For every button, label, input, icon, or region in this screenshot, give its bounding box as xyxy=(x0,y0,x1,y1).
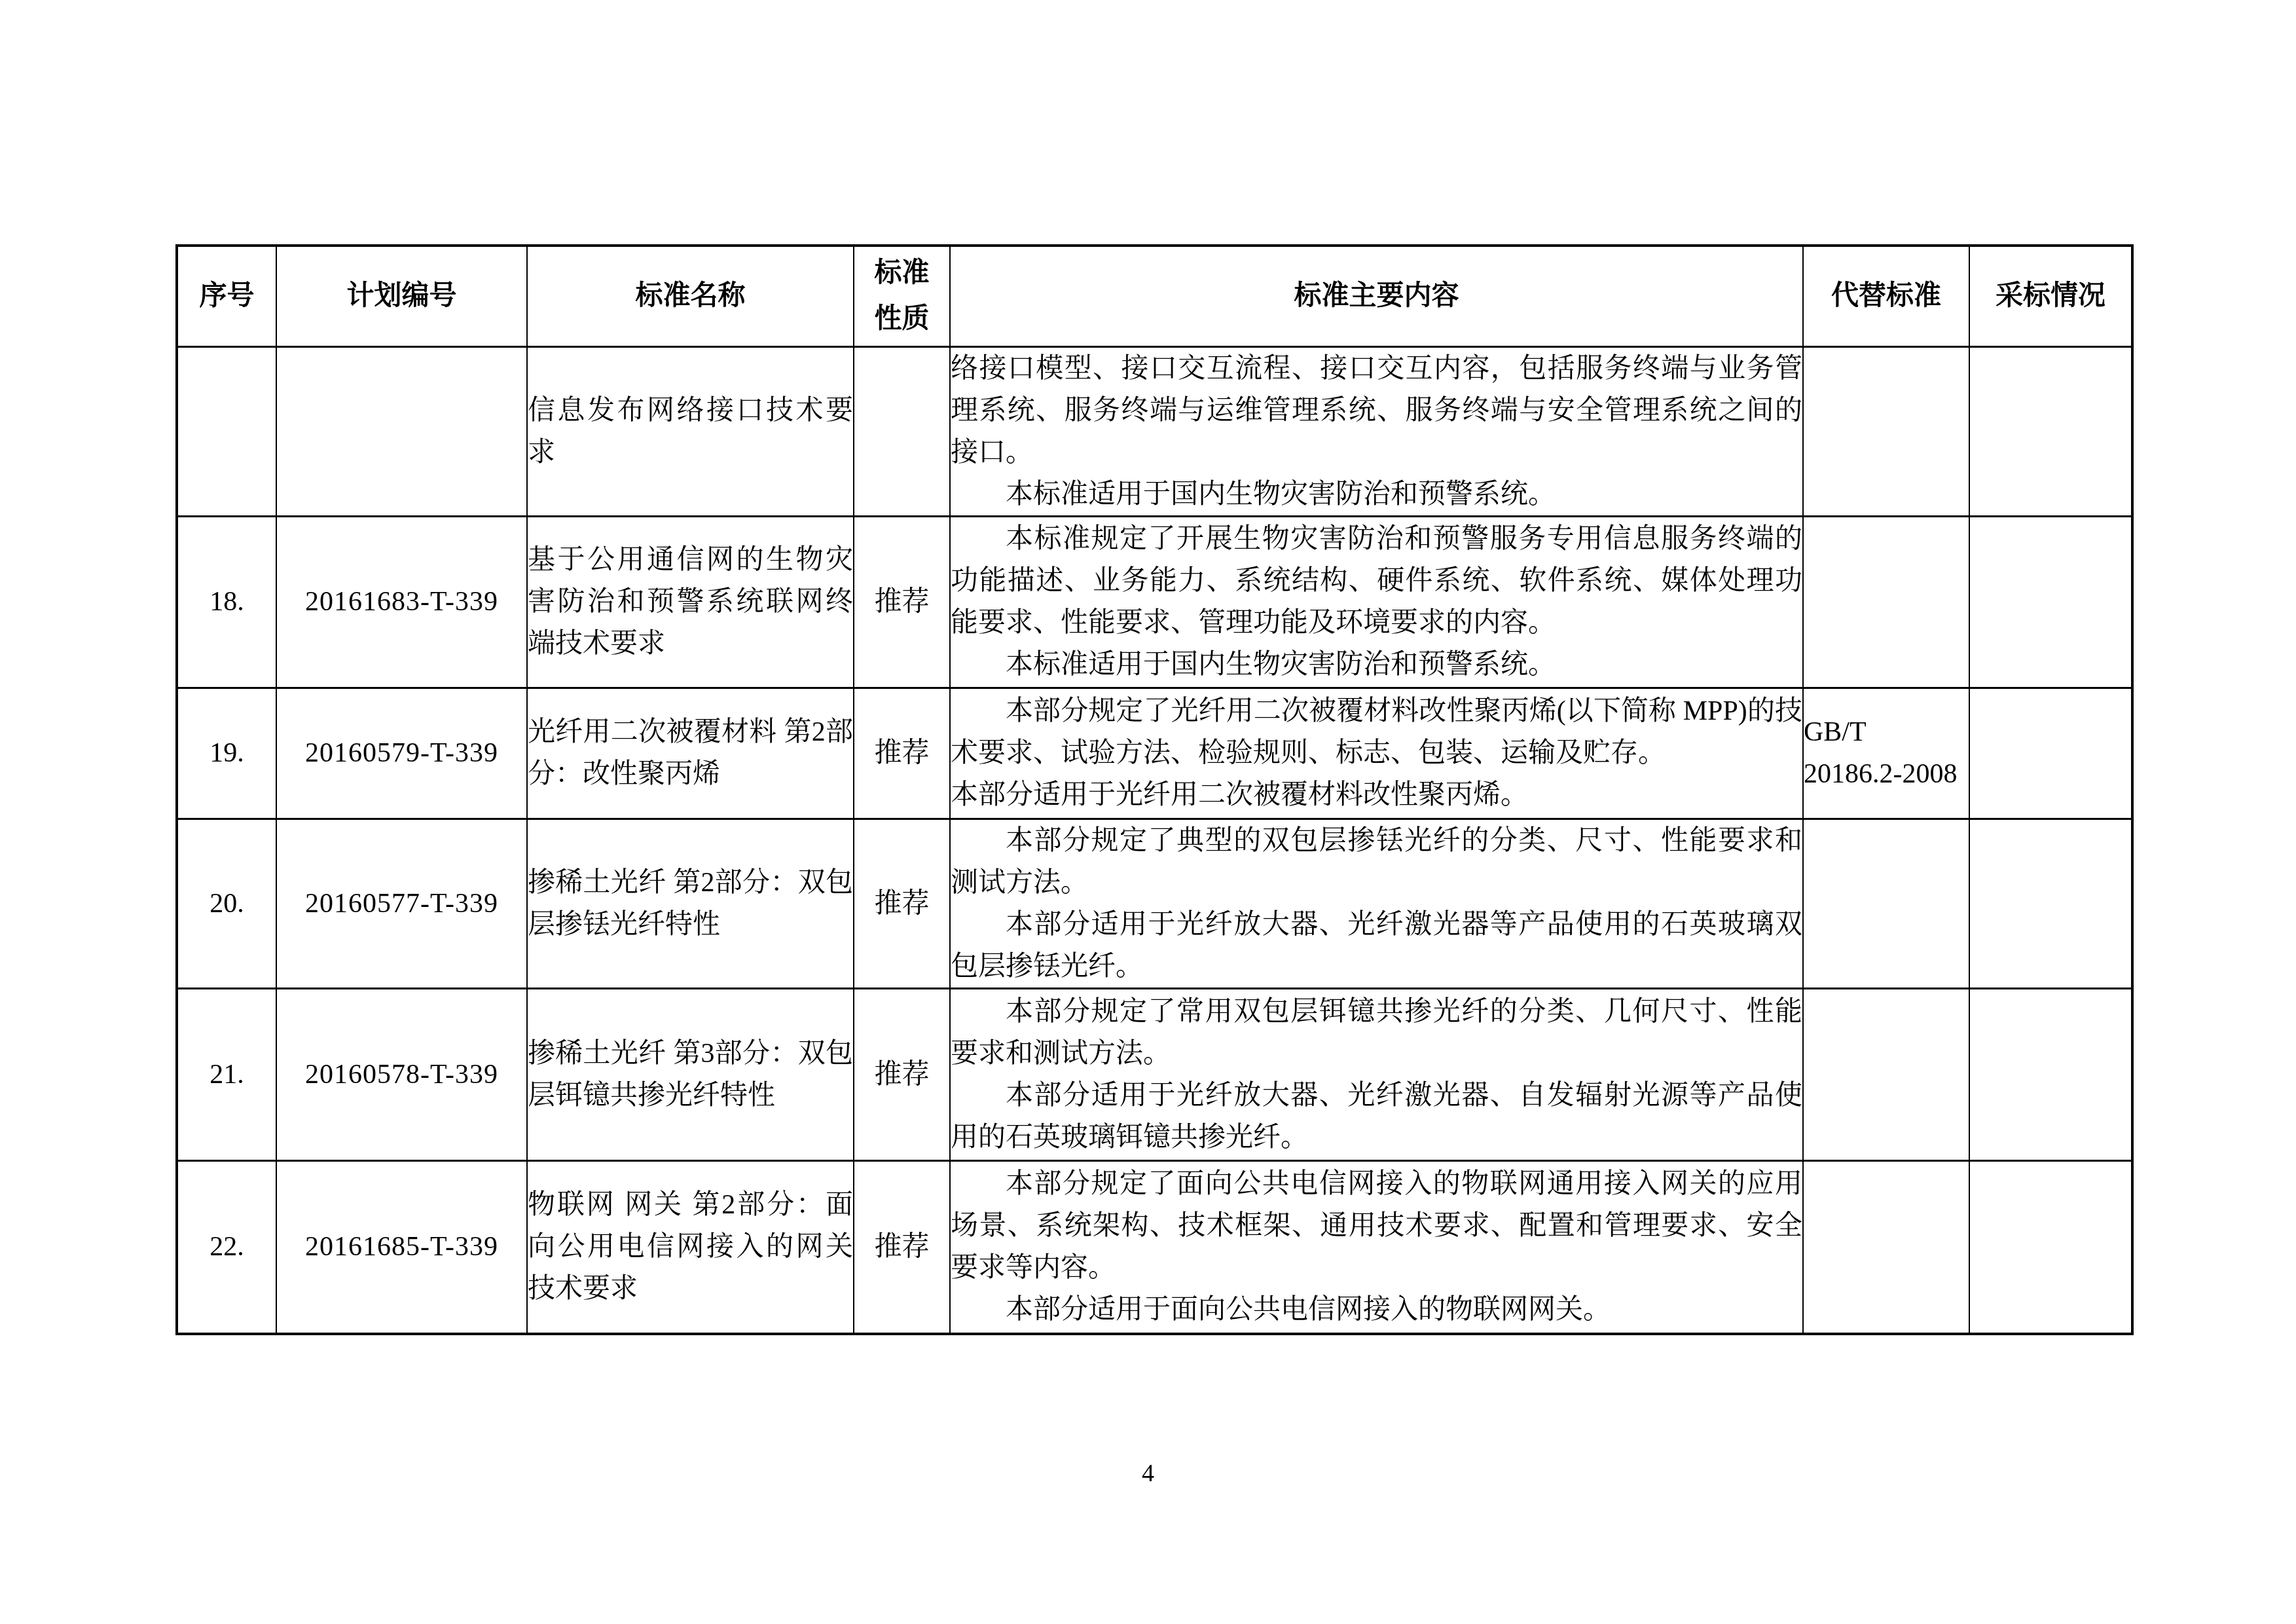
content-paragraph: 本部分适用于面向公共电信网接入的物联网网关。 xyxy=(951,1289,1802,1331)
standard-main-content: 本部分规定了常用双包层铒镱共掺光纤的分类、几何尺寸、性能要求和测试方法。 本部分… xyxy=(950,988,1803,1160)
table-row: 21. 20160578-T-339 掺稀土光纤 第3部分：双包层铒镱共掺光纤特… xyxy=(177,988,2132,1160)
header-index: 序号 xyxy=(177,246,276,346)
row-index: 21. xyxy=(177,988,276,1160)
table-row: 18. 20161683-T-339 基于公用通信网的生物灾害防治和预警系统联网… xyxy=(177,516,2132,688)
plan-number: 20161685-T-339 xyxy=(276,1160,527,1334)
standard-nature: 推荐 xyxy=(854,688,950,819)
content-paragraph: 本部分规定了常用双包层铒镱共掺光纤的分类、几何尺寸、性能要求和测试方法。 xyxy=(951,991,1802,1075)
content-paragraph: 本部分适用于光纤放大器、光纤激光器等产品使用的石英玻璃双包层掺铥光纤。 xyxy=(951,904,1802,987)
standard-main-content: 本部分规定了光纤用二次被覆材料改性聚丙烯(以下简称 MPP)的技术要求、试验方法… xyxy=(950,688,1803,819)
header-plan-number: 计划编号 xyxy=(276,246,527,346)
header-replaced-standard: 代替标准 xyxy=(1803,246,1969,346)
row-index: 19. xyxy=(177,688,276,819)
plan-number: 20161683-T-339 xyxy=(276,516,527,688)
content-paragraph: 本部分规定了面向公共电信网接入的物联网通用接入网关的应用场景、系统架构、技术框架… xyxy=(951,1163,1802,1289)
row-index: 18. xyxy=(177,516,276,688)
content-paragraph: 本标准规定了开展生物灾害防治和预警服务专用信息服务终端的功能描述、业务能力、系统… xyxy=(951,518,1802,644)
standard-nature: 推荐 xyxy=(854,988,950,1160)
standard-name: 信息发布网络接口技术要求 xyxy=(527,346,854,516)
content-paragraph: 本部分规定了典型的双包层掺铥光纤的分类、尺寸、性能要求和测试方法。 xyxy=(951,820,1802,904)
plan-number: 20160579-T-339 xyxy=(276,688,527,819)
content-paragraph: 本部分规定了光纤用二次被覆材料改性聚丙烯(以下简称 MPP)的技术要求、试验方法… xyxy=(951,690,1802,774)
document-page: 序号 计划编号 标准名称 标准性质 标准主要内容 代替标准 采标情况 信息发布网… xyxy=(0,0,2296,1624)
standard-main-content: 本部分规定了面向公共电信网接入的物联网通用接入网关的应用场景、系统架构、技术框架… xyxy=(950,1160,1803,1334)
replaced-standard xyxy=(1803,1160,1969,1334)
standard-nature: 推荐 xyxy=(854,1160,950,1334)
standard-nature xyxy=(854,346,950,516)
table-row: 19. 20160579-T-339 光纤用二次被覆材料 第2部分：改性聚丙烯 … xyxy=(177,688,2132,819)
content-paragraph: 本部分适用于光纤放大器、光纤激光器、自发辐射光源等产品使用的石英玻璃铒镱共掺光纤… xyxy=(951,1075,1802,1158)
plan-number: 20160577-T-339 xyxy=(276,819,527,988)
adoption-status xyxy=(1969,819,2132,988)
replaced-standard xyxy=(1803,516,1969,688)
adoption-status xyxy=(1969,988,2132,1160)
replaced-standard: GB/T 20186.2-2008 xyxy=(1803,688,1969,819)
standard-name: 基于公用通信网的生物灾害防治和预警系统联网终端技术要求 xyxy=(527,516,854,688)
adoption-status xyxy=(1969,516,2132,688)
row-index: 20. xyxy=(177,819,276,988)
content-paragraph: 络接口模型、接口交互流程、接口交互内容，包括服务终端与业务管理系统、服务终端与运… xyxy=(951,348,1802,473)
replaced-standard xyxy=(1803,346,1969,516)
header-main-content: 标准主要内容 xyxy=(950,246,1803,346)
adoption-status xyxy=(1969,688,2132,819)
content-paragraph: 本标准适用于国内生物灾害防治和预警系统。 xyxy=(951,473,1802,515)
content-paragraph: 本标准适用于国内生物灾害防治和预警系统。 xyxy=(951,644,1802,686)
row-index: 22. xyxy=(177,1160,276,1334)
standard-name: 掺稀土光纤 第3部分：双包层铒镱共掺光纤特性 xyxy=(527,988,854,1160)
content-paragraph: 本部分适用于光纤用二次被覆材料改性聚丙烯。 xyxy=(951,774,1802,816)
page-number: 4 xyxy=(0,1459,2296,1488)
adoption-status xyxy=(1969,346,2132,516)
standard-name: 掺稀土光纤 第2部分：双包层掺铥光纤特性 xyxy=(527,819,854,988)
table-row: 信息发布网络接口技术要求 络接口模型、接口交互流程、接口交互内容，包括服务终端与… xyxy=(177,346,2132,516)
standard-nature: 推荐 xyxy=(854,516,950,688)
plan-number xyxy=(276,346,527,516)
header-standard-nature: 标准性质 xyxy=(854,246,950,346)
standard-name: 物联网 网关 第2部分：面向公用电信网接入的网关技术要求 xyxy=(527,1160,854,1334)
replaced-standard xyxy=(1803,819,1969,988)
standard-name: 光纤用二次被覆材料 第2部分：改性聚丙烯 xyxy=(527,688,854,819)
replaced-standard xyxy=(1803,988,1969,1160)
standards-table: 序号 计划编号 标准名称 标准性质 标准主要内容 代替标准 采标情况 信息发布网… xyxy=(175,244,2134,1335)
header-adoption-status: 采标情况 xyxy=(1969,246,2132,346)
standard-nature: 推荐 xyxy=(854,819,950,988)
standard-main-content: 络接口模型、接口交互流程、接口交互内容，包括服务终端与业务管理系统、服务终端与运… xyxy=(950,346,1803,516)
adoption-status xyxy=(1969,1160,2132,1334)
plan-number: 20160578-T-339 xyxy=(276,988,527,1160)
header-standard-name: 标准名称 xyxy=(527,246,854,346)
row-index xyxy=(177,346,276,516)
table-row: 20. 20160577-T-339 掺稀土光纤 第2部分：双包层掺铥光纤特性 … xyxy=(177,819,2132,988)
standard-main-content: 本部分规定了典型的双包层掺铥光纤的分类、尺寸、性能要求和测试方法。 本部分适用于… xyxy=(950,819,1803,988)
standard-main-content: 本标准规定了开展生物灾害防治和预警服务专用信息服务终端的功能描述、业务能力、系统… xyxy=(950,516,1803,688)
table-header-row: 序号 计划编号 标准名称 标准性质 标准主要内容 代替标准 采标情况 xyxy=(177,246,2132,346)
table-row: 22. 20161685-T-339 物联网 网关 第2部分：面向公用电信网接入… xyxy=(177,1160,2132,1334)
